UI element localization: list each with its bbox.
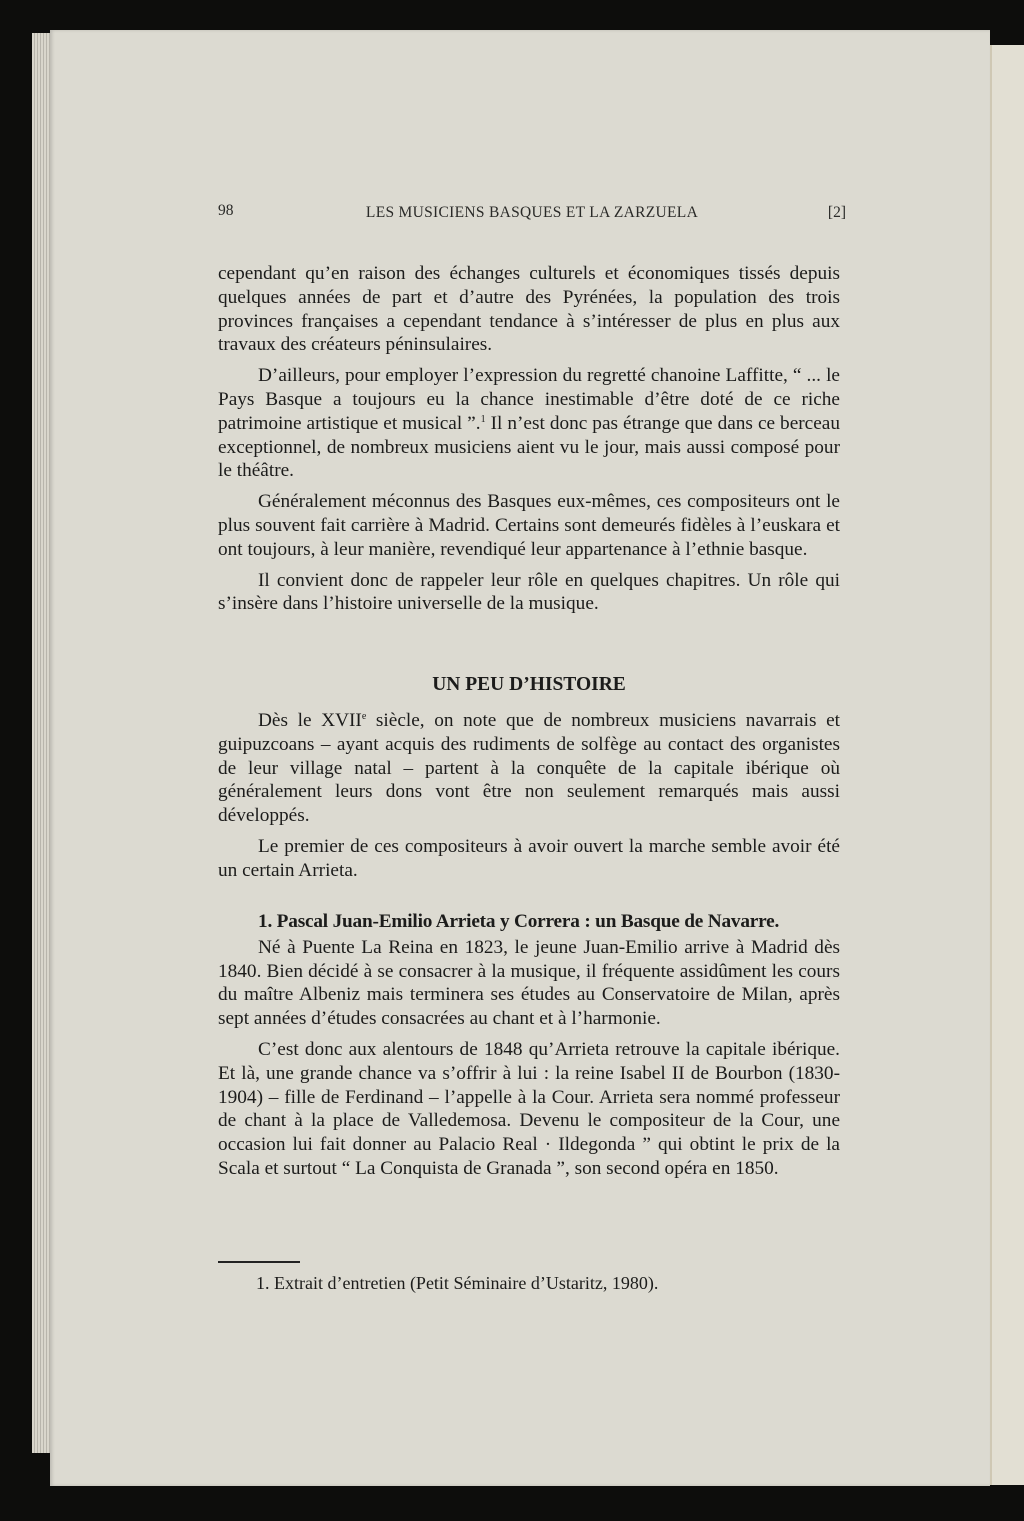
paragraph-text: Dès le XVII	[258, 710, 362, 731]
paragraph: cependant qu’en raison des échanges cult…	[218, 262, 840, 357]
paragraph: Il convient donc de rappeler leur rôle e…	[218, 569, 840, 617]
footnote-divider	[218, 1261, 300, 1263]
section-text: Dès le XVIIe siècle, on note que de nomb…	[218, 709, 840, 883]
running-title: LES MUSICIENS BASQUES ET LA ZARZUELA	[218, 204, 846, 222]
subsection-heading: 1. Pascal Juan-Emilio Arrieta y Correra …	[218, 910, 840, 934]
paragraph: C’est donc aux alentours de 1848 qu’Arri…	[218, 1038, 840, 1181]
intro-text: cependant qu’en raison des échanges cult…	[218, 262, 840, 616]
facing-page-edge	[990, 45, 1024, 1485]
paragraph: D’ailleurs, pour employer l’expression d…	[218, 364, 840, 483]
paragraph: Dès le XVIIe siècle, on note que de nomb…	[218, 709, 840, 828]
footnote: 1. Extrait d’entretien (Petit Séminaire …	[256, 1273, 658, 1294]
page-stack-edge	[32, 33, 52, 1453]
paragraph: Né à Puente La Reina en 1823, le jeune J…	[218, 936, 840, 1031]
running-header: 98 LES MUSICIENS BASQUES ET LA ZARZUELA …	[218, 200, 846, 224]
section-heading: UN PEU D’HISTOIRE	[218, 674, 840, 696]
paragraph: Généralement méconnus des Basques eux-mê…	[218, 490, 840, 561]
section-marker: [2]	[828, 204, 846, 222]
subsection-text: 1. Pascal Juan-Emilio Arrieta y Correra …	[218, 910, 840, 1181]
paragraph: Le premier de ces compositeurs à avoir o…	[218, 835, 840, 883]
